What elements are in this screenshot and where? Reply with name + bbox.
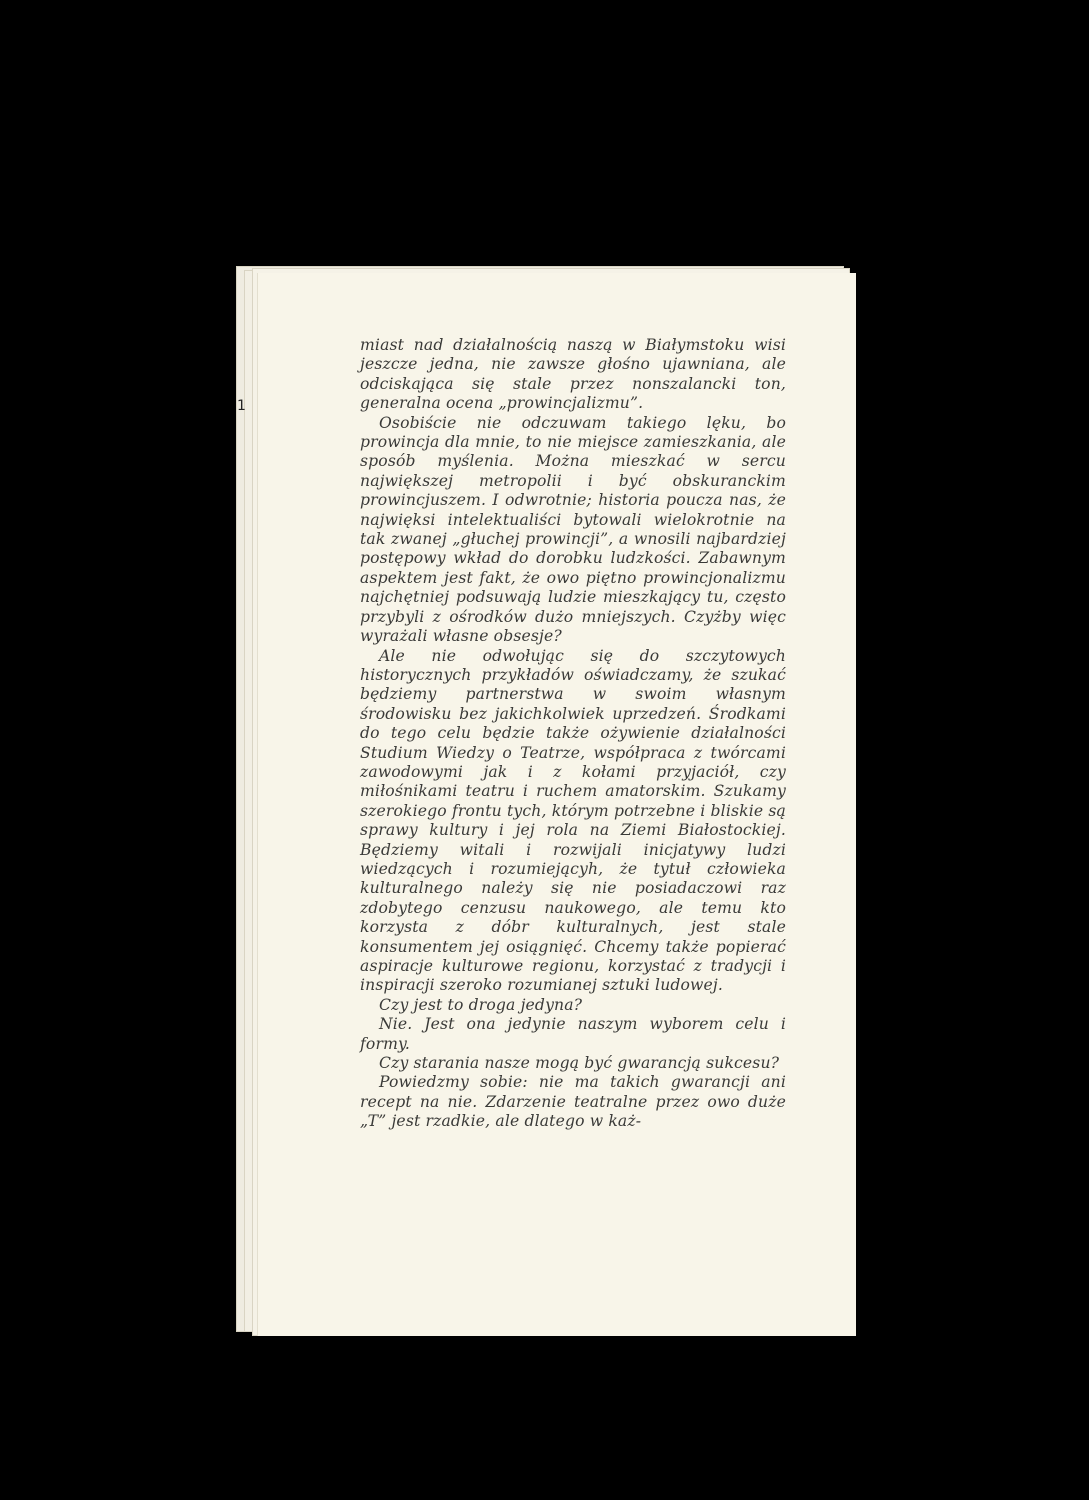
paragraph: miast nad działalnością naszą w Białymst… [360,336,786,414]
paragraph: Osobiście nie odczuwam takiego lęku, bo … [360,414,786,647]
paragraph-question: Czy starania nasze mogą być gwarancją su… [360,1054,786,1073]
paragraph-answer: Nie. Jest ona jedynie naszym wyborem cel… [360,1015,786,1054]
paragraph: Ale nie odwołując się do szczytowych his… [360,647,786,996]
page-edge-marker: 1 [237,398,246,414]
paragraph: Powiedzmy sobie: nie ma takich gwarancji… [360,1073,786,1131]
paragraph-question: Czy jest to droga jedyna? [360,996,786,1015]
body-text: miast nad działalnością naszą w Białymst… [360,336,786,1132]
